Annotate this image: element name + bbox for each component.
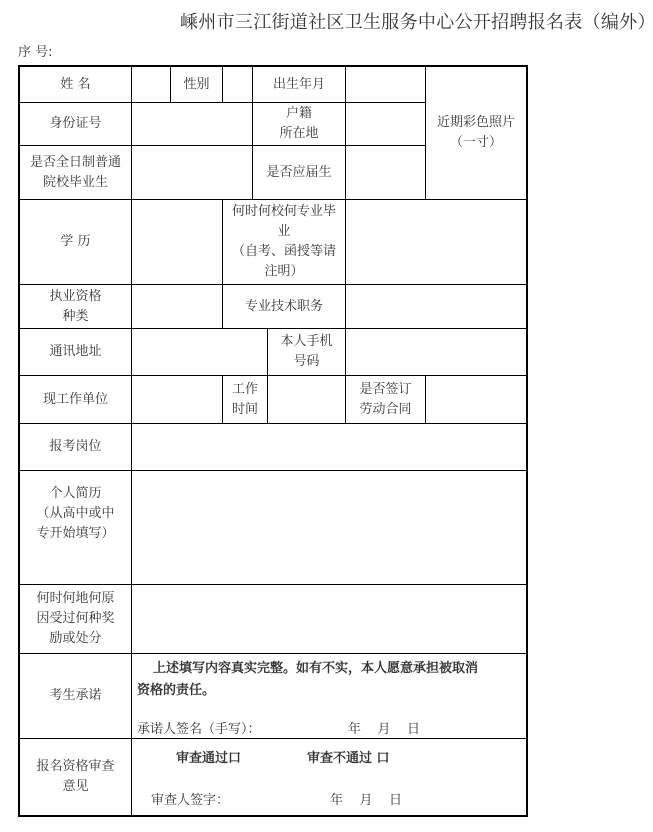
- fulltime-graduate-label: 是否全日制普通院校毕业生: [20, 146, 131, 199]
- address-label: 通讯地址: [20, 329, 131, 375]
- gender-label: 性别: [171, 67, 222, 102]
- graduation-info-label: 何时何校何专业毕 业 （自考、函授等请 注明）: [223, 200, 345, 284]
- employer-label: 现工作单位: [20, 376, 131, 423]
- education-label: 学 历: [20, 200, 131, 284]
- fresh-graduate-input[interactable]: [346, 146, 425, 199]
- reviewer-signature-field[interactable]: [240, 785, 320, 807]
- labor-contract-input[interactable]: [426, 376, 526, 423]
- work-time-input[interactable]: [268, 376, 345, 423]
- form-title: 嵊州市三江街道社区卫生服务中心公开招聘报名表（编外）: [180, 8, 650, 34]
- phone-input[interactable]: [346, 329, 526, 375]
- registration-form-table: 姓 名 性别 出生年月 近期彩色照片 （一寸） 身份证号 户籍所在地 是否全日制…: [18, 65, 528, 817]
- gender-input[interactable]: [223, 67, 252, 102]
- phone-label: 本人手机号码: [268, 329, 345, 375]
- work-time-label: 工作时间: [223, 376, 267, 423]
- name-label: 姓 名: [20, 67, 131, 102]
- resume-input[interactable]: [132, 471, 526, 584]
- fresh-graduate-label: 是否应届生: [253, 146, 345, 199]
- pledge-text-line2: 资格的责任。: [137, 679, 215, 698]
- birth-date-input[interactable]: [346, 67, 425, 102]
- pledge-signature-label: 承诺人签名（手写）：: [137, 718, 261, 737]
- pledge-date: 年 月 日: [348, 718, 420, 737]
- photo-label: 近期彩色照片: [437, 113, 515, 133]
- pledge-text-line1: 上述填写内容真实完整。如有不实，本人愿意承担被取消: [153, 657, 478, 676]
- reviewer-signature-label: 审查人签字：: [151, 789, 229, 808]
- license-type-input[interactable]: [132, 285, 222, 328]
- applied-position-label: 报考岗位: [20, 424, 131, 470]
- address-input[interactable]: [132, 329, 267, 375]
- labor-contract-label: 是否签订劳动合同: [346, 376, 425, 423]
- review-pass-checkbox[interactable]: 审查通过口: [176, 747, 241, 766]
- review-fail-checkbox[interactable]: 审查不通过 口: [307, 747, 390, 766]
- hukou-input[interactable]: [346, 103, 425, 145]
- hukou-label: 户籍所在地: [253, 103, 345, 145]
- id-number-input[interactable]: [132, 103, 252, 145]
- name-input[interactable]: [132, 67, 170, 102]
- serial-number-label: 序 号:: [18, 41, 53, 60]
- professional-title-label: 专业技术职务: [223, 285, 345, 328]
- review-date: 年 月 日: [330, 789, 402, 808]
- applied-position-input[interactable]: [132, 424, 526, 470]
- employer-input[interactable]: [132, 376, 222, 423]
- birth-date-label: 出生年月: [253, 67, 345, 102]
- pledge-signature-field[interactable]: [280, 712, 340, 734]
- resume-label: 个人简历 （从高中或中 专开始填写）: [20, 471, 131, 584]
- review-opinion-label: 报名资格审查意见: [20, 739, 131, 815]
- education-input[interactable]: [132, 200, 222, 284]
- license-type-label: 执业资格种类: [20, 285, 131, 328]
- awards-penalties-label: 何时何地何原 因受过何种奖 励或处分: [20, 585, 131, 653]
- pledge-label: 考生承诺: [20, 654, 131, 738]
- graduation-info-input[interactable]: [346, 200, 526, 284]
- awards-penalties-input[interactable]: [132, 585, 526, 653]
- fulltime-graduate-input[interactable]: [132, 146, 252, 199]
- id-number-label: 身份证号: [20, 103, 131, 145]
- professional-title-input[interactable]: [346, 285, 526, 328]
- photo-box[interactable]: 近期彩色照片 （一寸）: [426, 67, 526, 199]
